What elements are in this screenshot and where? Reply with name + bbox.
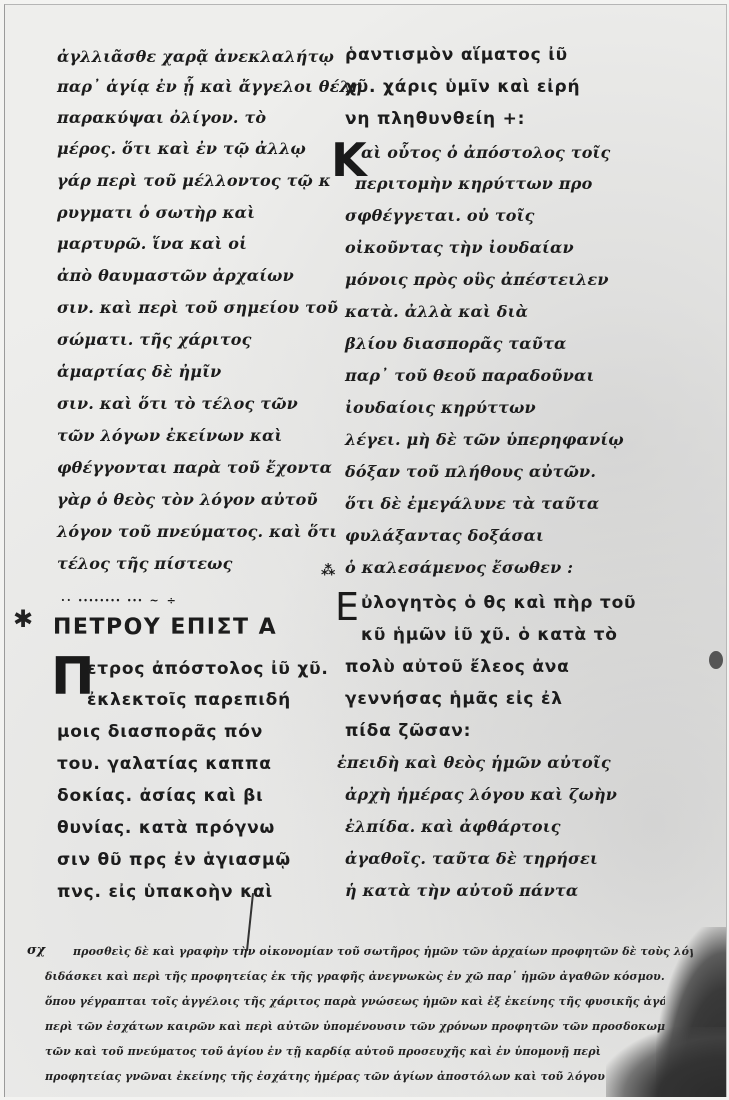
uncial-line: ῥαντισμὸν αἵματος ἰῦ xyxy=(345,45,568,65)
text-line: φθέγγονται παρὰ τοῦ ἔχοντα xyxy=(57,458,332,477)
text-line: σιν. καὶ περὶ τοῦ σημείου τοῦ xyxy=(57,298,338,317)
text-line: παρ᾽ ἁγίᾳ ἐν ᾗ καὶ ἄγγελοι θέλη xyxy=(57,77,363,96)
text-line: μέρος. ὅτι καὶ ἐν τῷ ἀλλῳ xyxy=(57,139,306,158)
text-line: ἀπὸ θαυμαστῶν ἀρχαίων xyxy=(57,266,294,285)
uncial-line: πίδα ζῶσαν: xyxy=(345,721,471,741)
uncial-line: δοκίας. ἀσίας καὶ βι xyxy=(57,786,264,806)
commentary-line: διδάσκει καὶ περὶ τῆς προφητείας ἐκ τῆς … xyxy=(45,970,665,983)
book-title: ΠΕΤΡΟΥ ΕΠΙΣΤ Α xyxy=(53,615,277,640)
text-line: γάρ περὶ τοῦ μέλλοντος τῷ κ xyxy=(57,171,331,190)
text-line: βλίου διασπορᾶς ταῦτα xyxy=(345,334,567,353)
text-line: λόγον τοῦ πνεύματος. καὶ ὅτι xyxy=(57,522,337,541)
manuscript-page: ἀγλλιᾶσθε χαρᾷ ἀνεκλαλήτῳ παρ᾽ ἁγίᾳ ἐν ᾗ… xyxy=(4,4,727,1097)
ink-spot xyxy=(709,651,723,669)
commentary-line: προσθεὶς δὲ καὶ γραφὴν τὴν οἰκονομίαν το… xyxy=(73,945,693,958)
text-line: φυλάξαντας δοξάσαι xyxy=(345,526,544,545)
commentary-line: τῶν καὶ τοῦ πνεύματος τοῦ ἁγίου ἐν τῇ κα… xyxy=(45,1045,665,1058)
asterisk-ornament-icon: ✱ xyxy=(13,605,33,633)
uncial-line: πολὺ αὐτοῦ ἔλεος ἀνα xyxy=(345,657,570,677)
text-line: ἐλπίδα. καὶ ἀφθάρτοις xyxy=(345,817,561,836)
uncial-line: μοις διασπορᾶς πόν xyxy=(57,722,263,742)
text-line: ὁ καλεσάμενος ἔσωθεν : xyxy=(345,558,573,577)
text-line: κατὰ. ἀλλὰ καὶ διὰ xyxy=(345,302,528,321)
text-line: τέλος τῆς πίστεως xyxy=(57,554,233,573)
text-line: λέγει. μὴ δὲ τῶν ὑπερηφανίῳ xyxy=(345,430,624,449)
text-line: τῶν λόγων ἐκείνων καὶ xyxy=(57,426,282,445)
text-line: σφθέγγεται. οὐ τοῖς xyxy=(345,206,535,225)
uncial-line: θυνίας. κατὰ πρόγνω xyxy=(57,818,275,838)
ornament-band: ·· ꞏꞏꞏꞏꞏꞏꞏꞏ ꞏꞏꞏ ~ ÷ xyxy=(61,593,178,608)
text-line: δόξαν τοῦ πλήθους αὐτῶν. xyxy=(345,462,596,481)
commentary-line: ὅπου γέγραπται τοῖς ἀγγέλοις τῆς χάριτος… xyxy=(45,995,665,1008)
uncial-line: σιν θῦ πρς ἐν ἁγιασμῷ xyxy=(57,850,291,870)
text-line: αὶ οὗτος ὁ ἀπόστολος τοῖς xyxy=(361,143,610,162)
text-line: μόνοις πρὸς οὓς ἀπέστειλεν xyxy=(345,270,609,289)
text-line: παρ᾽ τοῦ θεοῦ παραδοῦναι xyxy=(345,366,594,385)
text-line: ὅτι δὲ ἐμεγάλυνε τὰ ταῦτα xyxy=(345,494,599,513)
uncial-line: νη πληθυνθείη +: xyxy=(345,109,525,129)
uncial-line: ἐκλεκτοῖς παρεπιδή xyxy=(87,690,291,710)
uncial-line: κῦ ἡμῶν ἰῦ χῦ. ὁ κατὰ τὸ xyxy=(361,625,618,645)
text-line: ἰουδαίοις κηρύττων xyxy=(345,398,536,417)
uncial-line: ὐλογητὸς ὁ θς καὶ πὴρ τοῦ xyxy=(361,593,636,613)
text-line: ἡ κατὰ τὴν αὐτοῦ πάντα xyxy=(345,881,578,900)
text-line: οἰκοῦντας τὴν ἰουδαίαν xyxy=(345,238,574,257)
text-line: περιτομὴν κηρύττων προ xyxy=(355,174,593,193)
uncial-line: του. γαλατίας καππα xyxy=(57,754,272,774)
cross-ornament-icon: ⁂ xyxy=(321,563,335,579)
initial-epsilon: Ε xyxy=(335,587,359,627)
text-line: ἁμαρτίας δὲ ἠμῖν xyxy=(57,362,221,381)
text-line: γὰρ ὁ θεὸς τὸν λόγον αὐτοῦ xyxy=(57,490,318,509)
commentary-margin-mark: σχ xyxy=(27,943,45,958)
text-line: παρακύψαι ὀλίγον. τὸ xyxy=(57,108,266,127)
text-line: ἀγαθοῖς. ταῦτα δὲ τηρήσει xyxy=(345,849,598,868)
uncial-line: πνς. εἰς ὑπακοὴν καὶ xyxy=(57,882,273,902)
text-line: ρυγματι ὁ σωτὴρ καὶ xyxy=(57,203,255,222)
commentary-line: περὶ τῶν ἐσχάτων καιρῶν καὶ περὶ αὐτῶν ὑ… xyxy=(45,1020,665,1033)
text-line: ἐπειδὴ καὶ θεὸς ἡμῶν αὐτοῖς xyxy=(337,753,611,772)
uncial-line: γεννήσας ἡμᾶς εἰς ἐλ xyxy=(345,689,563,709)
text-line: σώματι. τῆς χάριτος xyxy=(57,330,252,349)
text-line: σιν. καὶ ὅτι τὸ τέλος τῶν xyxy=(57,394,298,413)
uncial-line: χῦ. χάρις ὑμῖν καὶ εἰρή xyxy=(345,77,580,97)
text-line: ἀγλλιᾶσθε χαρᾷ ἀνεκλαλήτῳ xyxy=(57,47,334,66)
uncial-line: ετρος ἀπόστολος ἰῦ χῦ. xyxy=(87,659,329,679)
text-line: ἀρχὴ ἡμέρας λόγου καὶ ζωὴν xyxy=(345,785,617,804)
text-line: μαρτυρῶ. ἵνα καὶ οἱ xyxy=(57,234,247,253)
damaged-corner-bottom xyxy=(606,1027,726,1097)
commentary-line: προφητείας γνῶναι ἐκείνης τῆς ἐσχάτης ἡμ… xyxy=(45,1070,665,1083)
